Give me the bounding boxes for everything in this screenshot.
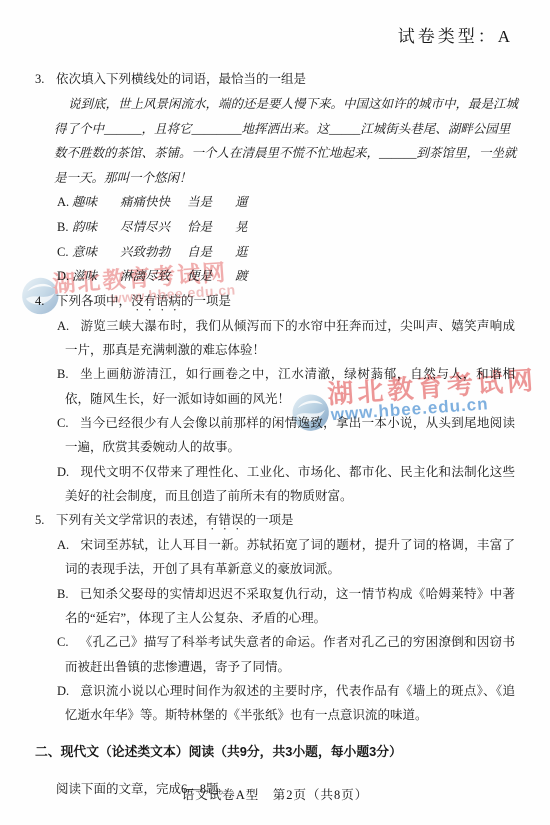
option-a: A.趣味痛痛快快当是遛 — [57, 190, 515, 215]
option-text: 游览三峡大瀑布时，我们从倾泻而下的水帘中狂奔而过，尖叫声、嬉笑声响成一片，那真是… — [65, 319, 515, 357]
option-a: A.宋词至苏轼，让人耳目一新。苏轼拓宽了词的题材，提升了词的格调，丰富了词的表现… — [57, 533, 515, 582]
question-3: 3.依次填入下列横线处的词语，最恰当的一组是 说到底，世上风景闲流水，端的还是要… — [35, 67, 515, 289]
option-label: B. — [57, 215, 72, 240]
question-4-stem: 4.下列各项中，没有语病的一项是 — [35, 289, 515, 314]
option-a: A.游览三峡大瀑布时，我们从倾泻而下的水帘中狂奔而过，尖叫声、嬉笑声响成一片，那… — [57, 314, 515, 363]
question-stem-text: 下列各项中， — [56, 294, 131, 308]
question-stem-text: 的一项是 — [181, 294, 231, 308]
question-4: 4.下列各项中，没有语病的一项是 A.游览三峡大瀑布时，我们从倾泻而下的水帘中狂… — [35, 289, 515, 508]
option-c: C.当今已经很少有人会像以前那样的闲情逸致，拿出一本小说，从头到尾地阅读一遍，欣… — [57, 411, 515, 460]
option-b: B.坐上画舫游清江，如行画卷之中，江水清澈，绿树蓊郁，自然与人，和谐相依，随风生… — [57, 362, 515, 411]
option-label: C. — [57, 416, 68, 430]
question-3-options: A.趣味痛痛快快当是遛 B.韵味尽情尽兴恰是晃 C.意味兴致勃勃自是逛 D.滋味… — [57, 190, 515, 288]
passage-line: 得了个中______，且将它________地挥洒出来。这_____江城街头巷尾… — [54, 117, 515, 142]
option-label: C. — [57, 240, 72, 265]
option-d: D.意识流小说以心理时间作为叙述的主要时序，代表作品有《墙上的斑点》、《追忆逝水… — [57, 679, 515, 728]
option-text: 当今已经很少有人会像以前那样的闲情逸致，拿出一本小说，从头到尾地阅读一遍，欣赏其… — [65, 416, 515, 454]
option-word: 踱 — [235, 269, 248, 283]
exam-page: 湖北教育考试网 www.hbee.edu.cn 湖北教育考试网 www.hbee… — [0, 0, 550, 825]
emphasized-text: 有错误 — [206, 513, 244, 527]
option-word: 兴致勃勃 — [120, 240, 187, 265]
option-label: A. — [57, 190, 72, 215]
option-word: 韵味 — [72, 215, 120, 240]
option-text: 现代文明不仅带来了理性化、工业化、市场化、都市化、民主化和法制化这些美好的社会制… — [65, 465, 515, 503]
question-number: 3. — [35, 67, 56, 91]
option-text: 宋词至苏轼，让人耳目一新。苏轼拓宽了词的题材，提升了词的格调，丰富了词的表现手法… — [65, 538, 515, 576]
option-text: 坐上画舫游清江，如行画卷之中，江水清澈，绿树蓊郁，自然与人，和谐相依，随风生长，… — [65, 367, 515, 405]
question-stem-text: 下列有关文学常识的表述， — [56, 513, 206, 527]
option-word: 当是 — [187, 190, 235, 215]
option-word: 逛 — [235, 245, 248, 259]
option-word: 晃 — [235, 220, 248, 234]
option-label: D. — [57, 264, 72, 289]
option-label: B. — [57, 587, 68, 601]
question-number: 4. — [35, 289, 56, 313]
page-content: 试卷类型：A 3.依次填入下列横线处的词语，最恰当的一组是 说到底，世上风景闲流… — [0, 0, 550, 801]
option-word: 自是 — [187, 240, 235, 265]
option-text: 已知杀父娶母的实情却迟迟不采取复仇行动，这一情节构成《哈姆莱特》中著名的“延宕”… — [65, 587, 515, 625]
page-footer: 语文试卷A型 第2页（共8页） — [0, 785, 550, 803]
option-label: B. — [57, 367, 68, 381]
option-text: 意识流小说以心理时间作为叙述的主要时序，代表作品有《墙上的斑点》、《追忆逝水年华… — [65, 684, 515, 722]
option-word: 便是 — [187, 264, 235, 289]
option-word: 淋漓尽致 — [120, 264, 187, 289]
option-b: B.韵味尽情尽兴恰是晃 — [57, 215, 515, 240]
option-label: D. — [57, 684, 69, 698]
option-d: D.滋味淋漓尽致便是踱 — [57, 264, 515, 289]
question-stem-text: 依次填入下列横线处的词语，最恰当的一组是 — [56, 72, 306, 86]
option-label: A. — [57, 319, 69, 333]
option-word: 痛痛快快 — [120, 190, 187, 215]
question-stem-text: 的一项是 — [244, 513, 294, 527]
passage-line: 说到底，世上风景闲流水，端的还是要人慢下来。中国这如许的城市中，最是江城 — [54, 92, 515, 117]
option-word: 恰是 — [187, 215, 235, 240]
passage-line: 是一天。那叫一个悠闲！ — [54, 166, 515, 191]
option-c: C.《孔乙己》描写了科举考试失意者的命运。作者对孔乙己的穷困潦倒和因窃书而被赶出… — [57, 630, 515, 679]
option-word: 意味 — [72, 240, 120, 265]
option-text: 《孔乙己》描写了科举考试失意者的命运。作者对孔乙己的穷困潦倒和因窃书而被赶出鲁镇… — [65, 635, 515, 673]
question-5-stem: 5.下列有关文学常识的表述，有错误的一项是 — [35, 508, 515, 533]
option-word: 趣味 — [72, 190, 120, 215]
passage-line: 数不胜数的茶馆、茶铺。一个人在清晨里不慌不忙地起来，______到茶馆里，一坐就 — [54, 141, 515, 166]
question-5: 5.下列有关文学常识的表述，有错误的一项是 A.宋词至苏轼，让人耳目一新。苏轼拓… — [35, 508, 515, 727]
section-2-heading: 二、现代文（论述类文本）阅读（共9分，共3小题，每小题3分） — [35, 740, 515, 764]
option-word: 尽情尽兴 — [120, 215, 187, 240]
question-3-passage: 说到底，世上风景闲流水，端的还是要人慢下来。中国这如许的城市中，最是江城 得了个… — [54, 92, 515, 190]
option-b: B.已知杀父娶母的实情却迟迟不采取复仇行动，这一情节构成《哈姆莱特》中著名的“延… — [57, 582, 515, 631]
option-d: D.现代文明不仅带来了理性化、工业化、市场化、都市化、民主化和法制化这些美好的社… — [57, 460, 515, 509]
option-c: C.意味兴致勃勃自是逛 — [57, 240, 515, 265]
option-label: D. — [57, 465, 69, 479]
option-label: A. — [57, 538, 69, 552]
option-word: 滋味 — [72, 264, 120, 289]
emphasized-text: 没有语病 — [131, 294, 181, 308]
paper-type-label: 试卷类型：A — [35, 22, 515, 47]
question-number: 5. — [35, 508, 56, 532]
question-3-stem: 3.依次填入下列横线处的词语，最恰当的一组是 — [35, 67, 515, 91]
option-label: C. — [57, 635, 68, 649]
option-word: 遛 — [235, 195, 248, 209]
